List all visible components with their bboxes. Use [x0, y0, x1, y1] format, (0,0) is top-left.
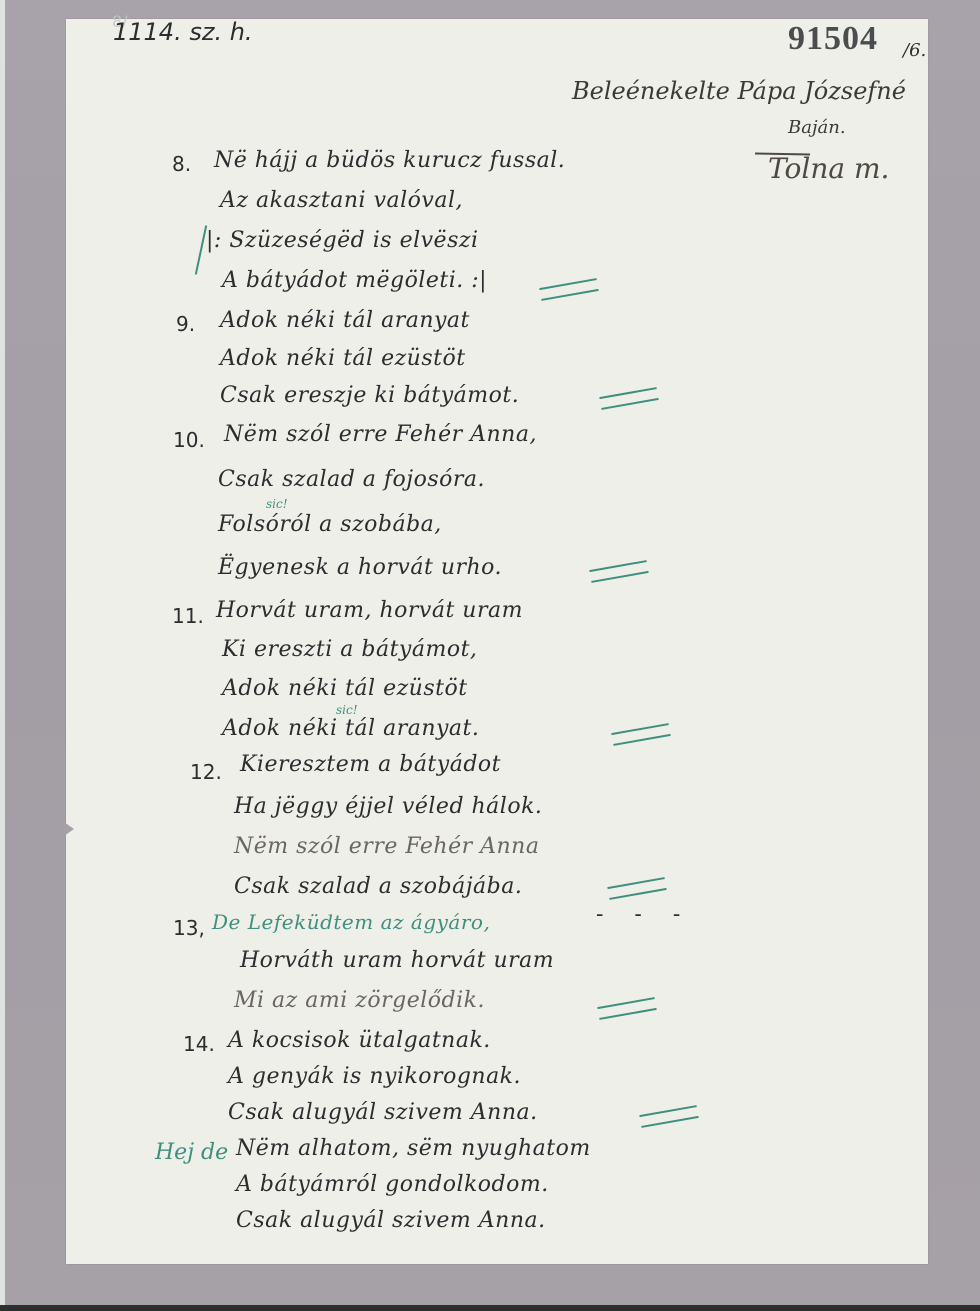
verse-line: |: Szüzeségëd is elvëszi [206, 228, 479, 253]
verse-line: Kieresztem a bátyádot [240, 752, 501, 777]
verse-line: Adok néki tál ezüstöt [222, 676, 468, 701]
stanza-number: 11. [172, 604, 204, 628]
verse-line: Ki ereszti a bátyámot, [222, 637, 477, 662]
stanza-number: 12. [190, 760, 222, 784]
verse-line: Csak szalad a szobájába. [234, 874, 522, 899]
margin-note-hej-de: Hej de [155, 1140, 228, 1165]
singer-credit: Beleénekelte Pápa Józsefné [572, 77, 906, 105]
verse-line: Nëm szól erre Fehér Anna, [224, 422, 537, 447]
verse-line: Ha jëggy éjjel véled hálok. [234, 794, 542, 819]
verse-line: Ëgyenesk a horvát urho. [218, 555, 502, 580]
verse-line: A bátyádot mëgöleti. :| [222, 268, 487, 293]
verse-line: Në hájj a büdös kurucz fussal. [214, 148, 565, 173]
verse-line: Adok néki tál aranyat [220, 308, 470, 333]
verse-line: A bátyámról gondolkodom. [236, 1172, 549, 1197]
verse-line: Az akasztani valóval, [220, 188, 463, 213]
green-inserted-line: De Lefeküdtem az ágyáro, [212, 910, 490, 934]
verse-line: Csak ereszje ki bátyámot. [220, 383, 519, 408]
place-name: Baján. [788, 117, 846, 138]
verse-line: Adok néki tál aranyat. [222, 716, 479, 741]
verse-line: A genyák is nyikorognak. [228, 1064, 521, 1089]
verse-line: Csak alugyál szivem Anna. [236, 1208, 546, 1233]
sic-annotation: sic! [336, 703, 358, 717]
archive-stamp-number: 91504 [788, 20, 878, 58]
verse-line: Nëm alhatom, sëm nyughatom [236, 1136, 591, 1161]
verse-line: Nëm szól erre Fehér Anna [234, 834, 539, 859]
verse-line: Folsóról a szobába, [218, 512, 442, 537]
stanza-number: 10. [173, 428, 205, 452]
sic-annotation: sic! [266, 497, 288, 511]
verse-line: Mi az ami zörgelődik. [234, 988, 485, 1013]
scanner-edge-bottom [0, 1305, 980, 1311]
county-name: Tolna m. [768, 152, 889, 185]
stanza-number: 14. [183, 1032, 215, 1056]
stanza-number: 13, [173, 916, 205, 940]
sheet-tear [64, 822, 74, 836]
verse-line: Horváth uram horvát uram [240, 948, 554, 973]
verse-line: Adok néki tál ezüstöt [220, 346, 466, 371]
verse-line: Csak alugyál szivem Anna. [228, 1100, 538, 1125]
stanza-number: 9. [176, 312, 195, 336]
omission-dashes: - - - [596, 902, 692, 927]
verse-line: Csak szalad a fojosóra. [218, 467, 485, 492]
verse-line: A kocsisok ütalgatnak. [228, 1028, 491, 1053]
verse-line: Horvát uram, horvát uram [216, 598, 523, 623]
reference-number: 1114. sz. h. [113, 18, 253, 46]
archive-number-suffix: /6. [903, 40, 926, 61]
stanza-number: 8. [172, 152, 191, 176]
